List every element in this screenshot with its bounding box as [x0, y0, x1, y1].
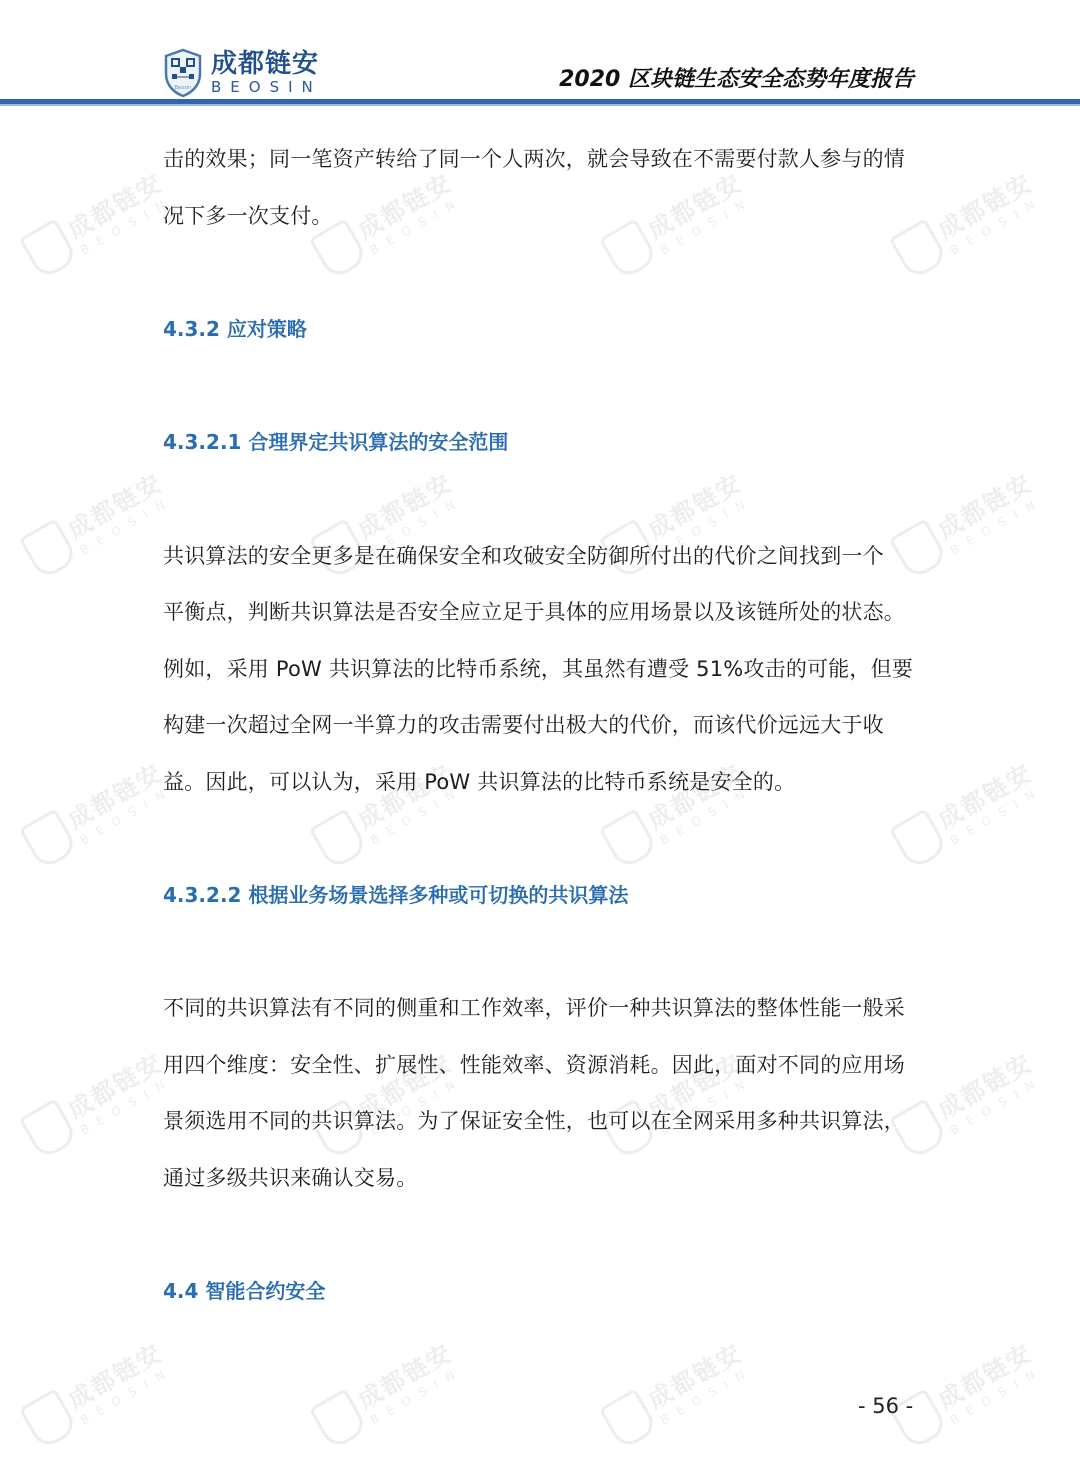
shield-icon	[889, 808, 949, 871]
report-title: 2020 区块链生态安全态势年度报告	[559, 62, 914, 93]
shield-icon	[19, 218, 79, 281]
shield-icon	[599, 808, 659, 871]
svg-text:Beosin: Beosin	[175, 85, 192, 91]
paragraph-line: 况下多一次支付。	[163, 200, 333, 230]
watermark-tile: 成都链安BEOSIN	[886, 154, 1055, 286]
paragraph-line: 共识算法的安全更多是在确保安全和攻破安全防御所付出的代价之间找到一个	[163, 540, 884, 570]
watermark-tile: 成都链安BEOSIN	[16, 1034, 185, 1166]
paragraph-line: 平衡点，判断共识算法是否安全应立足于具体的应用场景以及该链所处的状态。	[163, 596, 905, 626]
shield-icon	[599, 1388, 659, 1451]
logo-name-cn: 成都链安	[211, 50, 322, 78]
shield-icon	[309, 1388, 369, 1451]
section-heading-4-4: 4.4 智能合约安全	[163, 1275, 325, 1304]
section-heading-4-3-2-1: 4.3.2.1 合理界定共识算法的安全范围	[163, 426, 508, 455]
shield-icon	[889, 518, 949, 581]
shield-icon	[19, 518, 79, 581]
shield-icon	[309, 808, 369, 871]
paragraph-line: 通过多级共识来确认交易。	[163, 1162, 417, 1192]
watermark-tile: 成都链安BEOSIN	[886, 454, 1055, 586]
watermark-tile: 成都链安BEOSIN	[16, 154, 185, 286]
logo-name-en: BEOSIN	[211, 78, 322, 96]
watermark-tile: 成都链安BEOSIN	[596, 744, 765, 876]
shield-network-icon: Beosin	[163, 48, 203, 98]
paragraph-line: 构建一次超过全网一半算力的攻击需要付出极大的代价，而该代价远远大于收	[163, 709, 884, 739]
watermark-tile: 成都链安BEOSIN	[16, 744, 185, 876]
page-header: Beosin 成都链安 BEOSIN 2020 区块链生态安全态势年度报告	[0, 0, 1080, 120]
section-heading-4-3-2: 4.3.2 应对策略	[163, 313, 307, 342]
paragraph-line: 景须选用不同的共识算法。为了保证安全性，也可以在全网采用多种共识算法，	[163, 1105, 905, 1135]
watermark-tile: 成都链安BEOSIN	[306, 744, 475, 876]
shield-icon	[19, 808, 79, 871]
watermark-tile: 成都链安BEOSIN	[306, 1324, 475, 1456]
watermark-tile: 成都链安BEOSIN	[886, 1324, 1055, 1456]
watermark-tile: 成都链安BEOSIN	[886, 1034, 1055, 1166]
company-logo: Beosin 成都链安 BEOSIN	[163, 48, 322, 98]
watermark-tile: 成都链安BEOSIN	[16, 1324, 185, 1456]
paragraph-line: 例如，采用 PoW 共识算法的比特币系统，其虽然有遭受 51%攻击的可能，但要	[163, 653, 913, 683]
shield-icon	[19, 1098, 79, 1161]
paragraph-line: 不同的共识算法有不同的侧重和工作效率，评价一种共识算法的整体性能一般采	[163, 992, 905, 1022]
header-rule-shadow	[0, 104, 1080, 106]
watermark-tile: 成都链安BEOSIN	[596, 154, 765, 286]
watermark-tile: 成都链安BEOSIN	[596, 1324, 765, 1456]
section-heading-4-3-2-2: 4.3.2.2 根据业务场景选择多种或可切换的共识算法	[163, 879, 628, 908]
shield-icon	[599, 218, 659, 281]
page-number: - 56 -	[858, 1394, 913, 1418]
paragraph-line: 用四个维度：安全性、扩展性、性能效率、资源消耗。因此，面对不同的应用场	[163, 1049, 905, 1079]
paragraph-line: 益。因此，可以认为，采用 PoW 共识算法的比特币系统是安全的。	[163, 766, 795, 796]
watermark-tile: 成都链安BEOSIN	[886, 744, 1055, 876]
shield-icon	[889, 218, 949, 281]
paragraph-line: 击的效果；同一笔资产转给了同一个人两次，就会导致在不需要付款人参与的情	[163, 143, 905, 173]
watermark-tile: 成都链安BEOSIN	[16, 454, 185, 586]
shield-icon	[19, 1388, 79, 1451]
